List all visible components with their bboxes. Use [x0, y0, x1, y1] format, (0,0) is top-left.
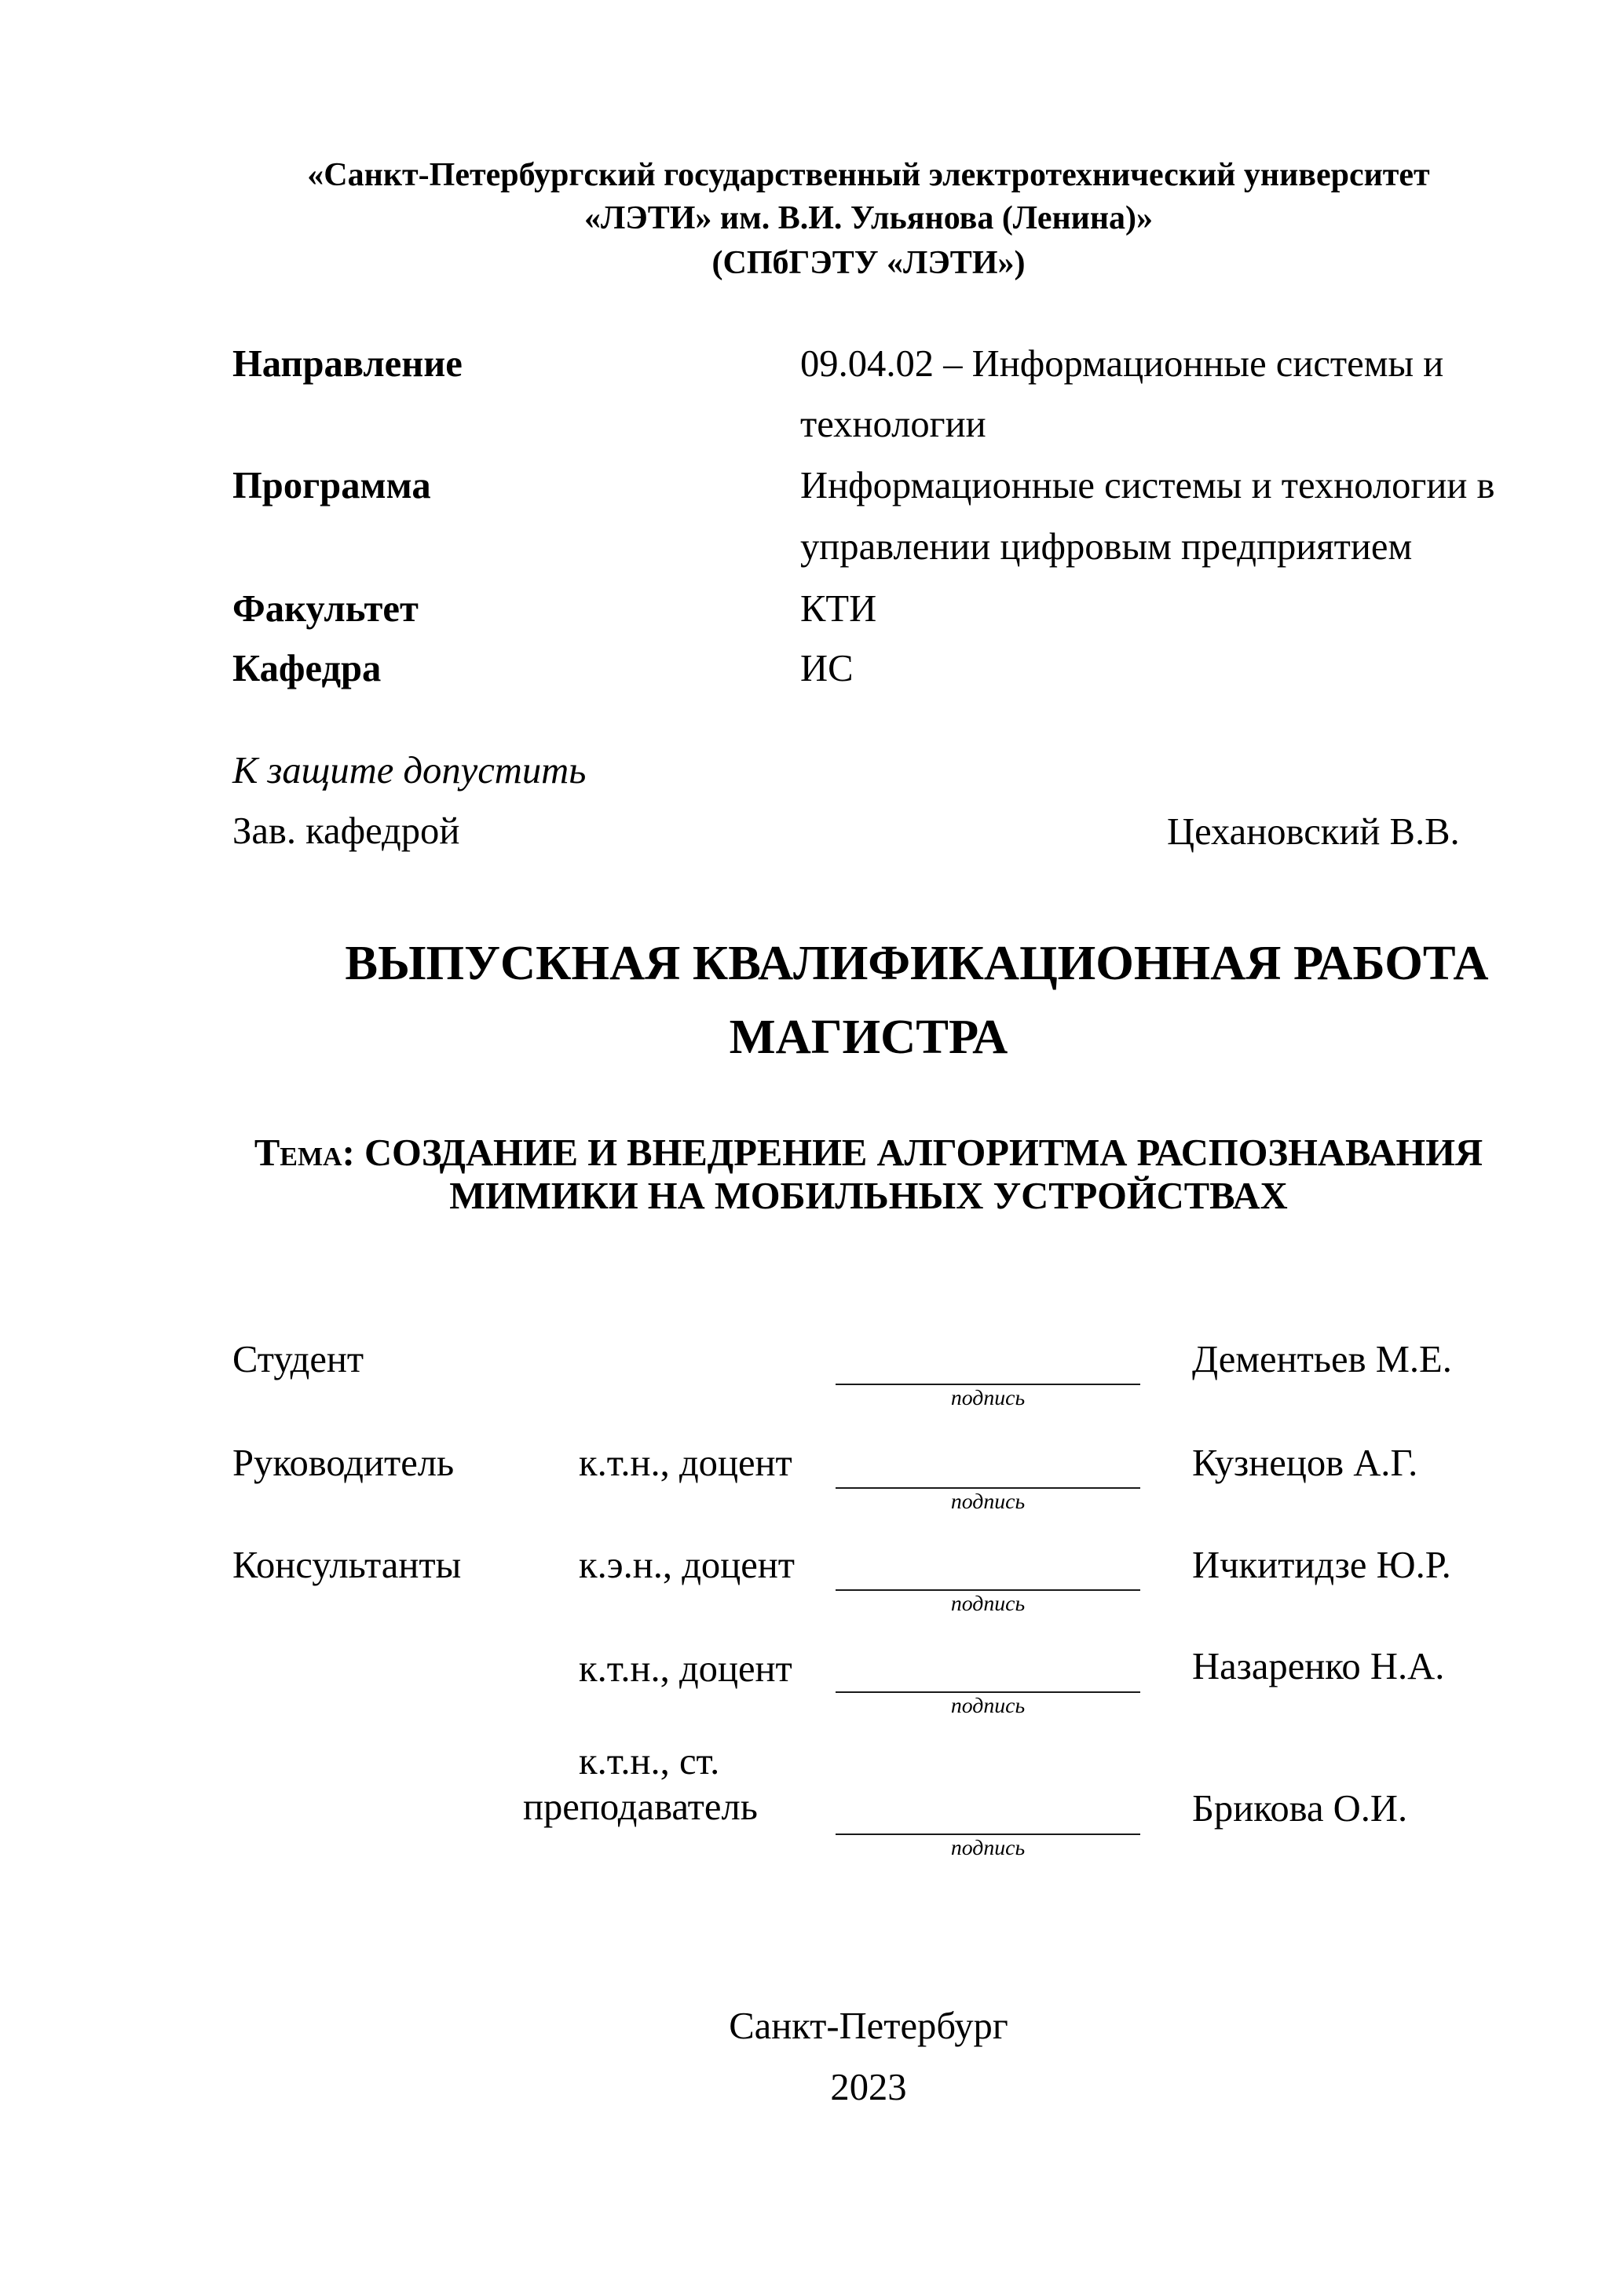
admit-to-defense: К защите допустить — [232, 751, 586, 790]
university-name-line1: «Санкт-Петербургский государственный эле… — [232, 159, 1505, 192]
signature-caption: подпись — [836, 1387, 1140, 1409]
signatory-degree: к.т.н., доцент — [579, 1444, 792, 1483]
department-value: ИС — [800, 649, 854, 688]
signature-line — [836, 1691, 1140, 1693]
signatory-name: Ичкитидзе Ю.Р. — [1192, 1546, 1451, 1585]
direction-label: Направление — [232, 345, 463, 383]
program-value-line1: Информационные системы и технологии в — [800, 466, 1494, 505]
signatory-name: Дементьев М.Е. — [1192, 1340, 1452, 1379]
signatory-degree: к.э.н., доцент — [579, 1546, 795, 1585]
topic-separator: : — [342, 1132, 364, 1174]
signature-caption: подпись — [836, 1593, 1140, 1615]
signatory-role-supervisor: Руководитель — [232, 1444, 454, 1483]
signatory-role-consultants: Консультанты — [232, 1546, 461, 1585]
signature-line — [836, 1589, 1140, 1591]
thesis-topic-line1: Тема: СОЗДАНИЕ И ВНЕДРЕНИЕ АЛГОРИТМА РАС… — [232, 1134, 1505, 1172]
thesis-title-line1: ВЫПУСКНАЯ КВАЛИФИКАЦИОННАЯ РАБОТА — [232, 938, 1505, 988]
signatory-role-student: Студент — [232, 1340, 364, 1379]
program-label: Программа — [232, 466, 431, 505]
signatory-name: Назаренко Н.А. — [1192, 1647, 1444, 1686]
topic-prefix: Тема — [254, 1132, 342, 1174]
signature-caption: подпись — [836, 1695, 1140, 1717]
topic-text-line1: СОЗДАНИЕ И ВНЕДРЕНИЕ АЛГОРИТМА РАСПОЗНАВ… — [364, 1132, 1483, 1174]
signatory-name: Кузнецов А.Г. — [1192, 1444, 1417, 1483]
signatory-degree: к.т.н., доцент — [579, 1650, 792, 1688]
direction-value-line2: технологии — [800, 405, 986, 444]
signature-line — [836, 1384, 1140, 1385]
footer-city: Санкт-Петербург — [232, 2007, 1505, 2046]
signatory-name: Брикова О.И. — [1192, 1790, 1407, 1828]
footer-year: 2023 — [232, 2068, 1505, 2107]
university-abbreviation: (СПбГЭТУ «ЛЭТИ») — [232, 247, 1505, 280]
direction-value-line1: 09.04.02 – Информационные системы и — [800, 345, 1443, 383]
program-value-line2: управлении цифровым предприятием — [800, 528, 1412, 566]
university-name-line2: «ЛЭТИ» им. В.И. Ульянова (Ленина)» — [232, 202, 1505, 235]
signatory-degree-line1: к.т.н., ст. — [579, 1742, 719, 1781]
faculty-value: КТИ — [800, 590, 876, 628]
thesis-topic-line2: МИМИКИ НА МОБИЛЬНЫХ УСТРОЙСТВАХ — [232, 1177, 1505, 1216]
signatory-degree-line2: преподаватель — [523, 1788, 758, 1826]
signature-line — [836, 1834, 1140, 1835]
signature-caption: подпись — [836, 1491, 1140, 1513]
thesis-title-line2: МАГИСТРА — [232, 1012, 1505, 1062]
faculty-label: Факультет — [232, 590, 419, 628]
head-of-department-name: Цехановский В.В. — [1167, 813, 1460, 851]
department-label: Кафедра — [232, 649, 381, 688]
signature-line — [836, 1487, 1140, 1489]
head-of-department-label: Зав. кафедрой — [232, 812, 459, 850]
signature-caption: подпись — [836, 1837, 1140, 1859]
